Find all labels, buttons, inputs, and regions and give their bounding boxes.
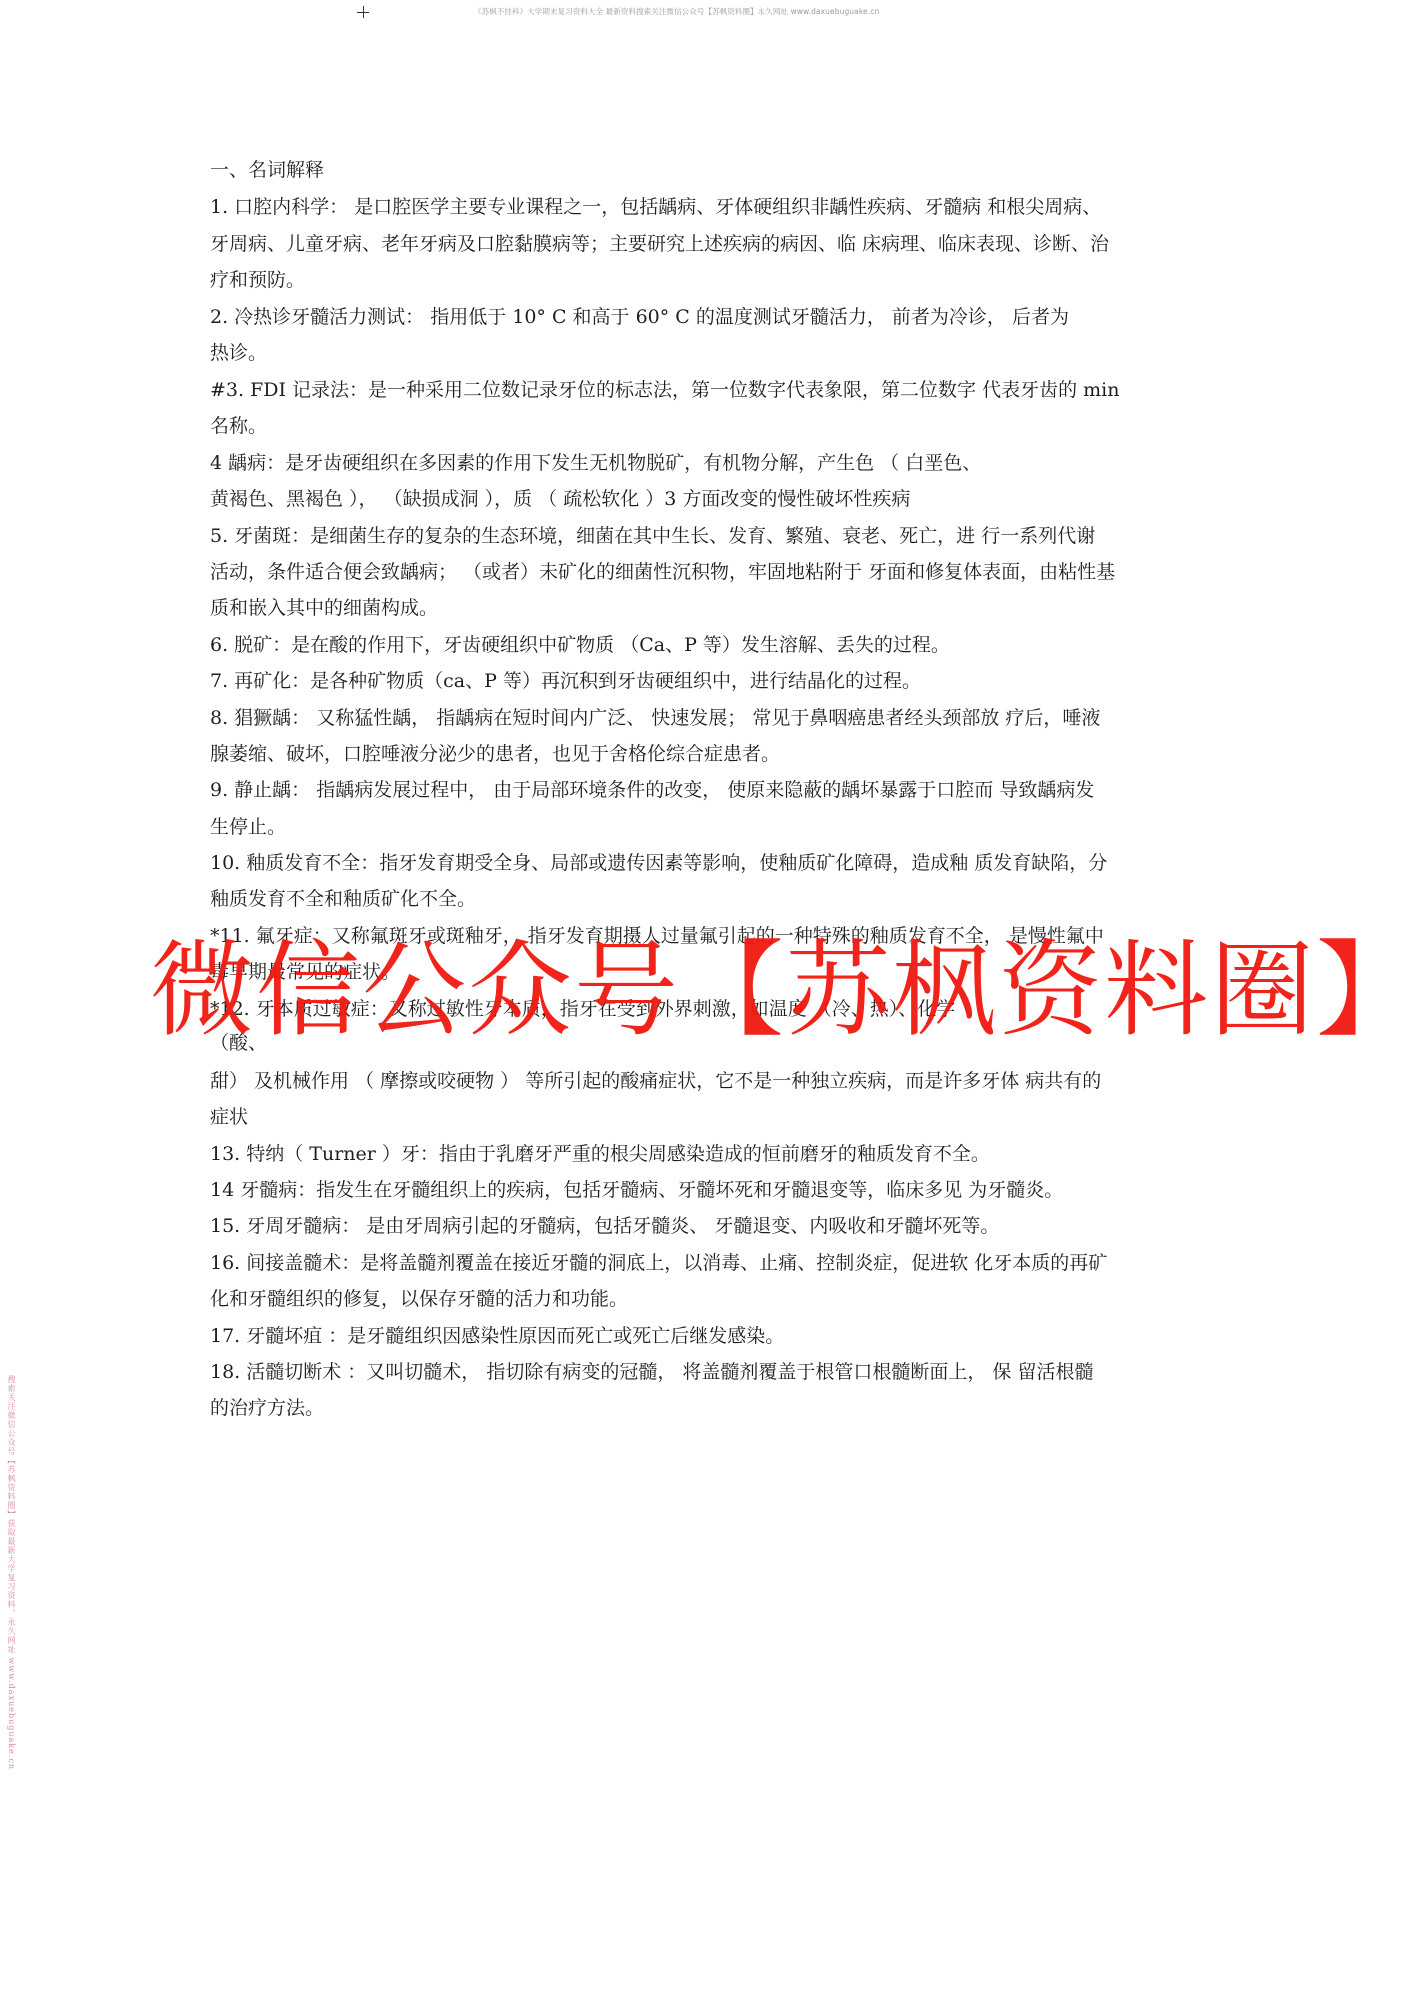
document-line: 16. 间接盖髓术：是将盖髓剂覆盖在接近牙髓的洞底上，以消毒、止痛、控制炎症，促… (210, 1251, 1107, 1275)
document-line: 4 龋病：是牙齿硬组织在多因素的作用下发生无机物脱矿，有机物分解，产生色 （ 白… (210, 451, 981, 475)
document-line: 5. 牙菌斑：是细菌生存的复杂的生态环境，细菌在其中生长、发育、繁殖、衰老、死亡… (210, 524, 1095, 548)
section-title: 一、名词解释 (210, 158, 324, 182)
document-line: 13. 特纳（ Turner ）牙：指由于乳磨牙严重的根尖周感染造成的恒前磨牙的… (210, 1142, 990, 1166)
document-line: 10. 釉质发育不全：指牙发育期受全身、局部或遗传因素等影响，使釉质矿化障碍，造… (210, 851, 1107, 875)
document-line: 釉质发育不全和釉质矿化不全。 (210, 887, 476, 911)
document-line: 9. 静止龋： 指龋病发展过程中， 由于局部环境条件的改变， 使原来隐蔽的龋坏暴… (210, 778, 1094, 802)
document-line: 7. 再矿化：是各种矿物质（ca、P 等）再沉积到牙齿硬组织中，进行结晶化的过程… (210, 669, 921, 693)
document-line: 14 牙髓病：指发生在牙髓组织上的疾病，包括牙髓病、牙髓坏死和牙髓退变等，临床多… (210, 1178, 1063, 1202)
document-line: 毒早期最常见的症状。 (210, 960, 400, 984)
side-margin-text: 搜索关注微信公众号【苏枫资料圈】获取最新大学复习资料，永久网址 www.daxu… (6, 1375, 17, 1770)
document-line: *11. 氟牙症：又称氟斑牙或斑釉牙， 指牙发育期摄人过量氟引起的一种特殊的釉质… (210, 924, 1104, 948)
crosshair-mark-icon (357, 6, 369, 18)
document-line: 15. 牙周牙髓病： 是由牙周病引起的牙髓病，包括牙髓炎、 牙髓退变、内吸收和牙… (210, 1214, 999, 1238)
document-line: 活动，条件适合便会致龋病； （或者）未矿化的细菌性沉积物，牢固地粘附于 牙面和修… (210, 560, 1115, 584)
document-line: 1. 口腔内科学： 是口腔医学主要专业课程之一，包括龋病、牙体硬组织非龋性疾病、… (210, 195, 1101, 219)
document-line: *12. 牙本质过敏症：又称过敏性牙本质，指牙在受到外界刺激，如温度 （冷、热）… (210, 997, 955, 1021)
document-line: 18. 活髓切断术 ：又叫切髓术， 指切除有病变的冠髓， 将盖髓剂覆盖于根管口根… (210, 1360, 1093, 1384)
document-line: 症状 (210, 1105, 248, 1129)
header-banner: 《苏枫不挂科》大学期末复习资料大全 最新资料搜索关注微信公众号【苏枫资料圈】永久… (474, 6, 954, 17)
document-line: 的治疗方法。 (210, 1396, 324, 1420)
document-line: 17. 牙髓坏疽 ：是牙髓组织因感染性原因而死亡或死亡后继发感染。 (210, 1324, 784, 1348)
document-line: 8. 猖獗龋： 又称猛性龋， 指龋病在短时间内广泛、 快速发展； 常见于鼻咽癌患… (210, 706, 1100, 730)
document-line: 2. 冷热诊牙髓活力测试： 指用低于 10° C 和高于 60° C 的温度测试… (210, 305, 1069, 329)
document-line: 名称。 (210, 414, 267, 438)
document-line: #3. FDI 记录法：是一种采用二位数记录牙位的标志法，第一位数字代表象限，第… (210, 378, 1119, 402)
document-line: 6. 脱矿：是在酸的作用下，牙齿硬组织中矿物质 （Ca、P 等）发生溶解、丢失的… (210, 633, 950, 657)
document-line: 热诊。 (210, 341, 267, 365)
document-line: 化和牙髓组织的修复，以保存牙髓的活力和功能。 (210, 1287, 628, 1311)
document-line: （酸、 (210, 1031, 267, 1055)
document-line: 牙周病、儿童牙病、老年牙病及口腔黏膜病等；主要研究上述疾病的病因、临 床病理、临… (210, 232, 1109, 256)
document-line: 生停止。 (210, 815, 286, 839)
document-line: 甜） 及机械作用 （ 摩擦或咬硬物 ） 等所引起的酸痛症状，它不是一种独立疾病，… (210, 1069, 1101, 1093)
document-line: 腺萎缩、破坏，口腔唾液分泌少的患者，也见于舍格伦综合症患者。 (210, 742, 780, 766)
document-line: 黄褐色、黑褐色 ）， （缺损成洞 ），质 （ 疏松软化 ）3 方面改变的慢性破坏… (210, 487, 910, 511)
document-line: 疗和预防。 (210, 268, 305, 292)
document-line: 质和嵌入其中的细菌构成。 (210, 596, 438, 620)
